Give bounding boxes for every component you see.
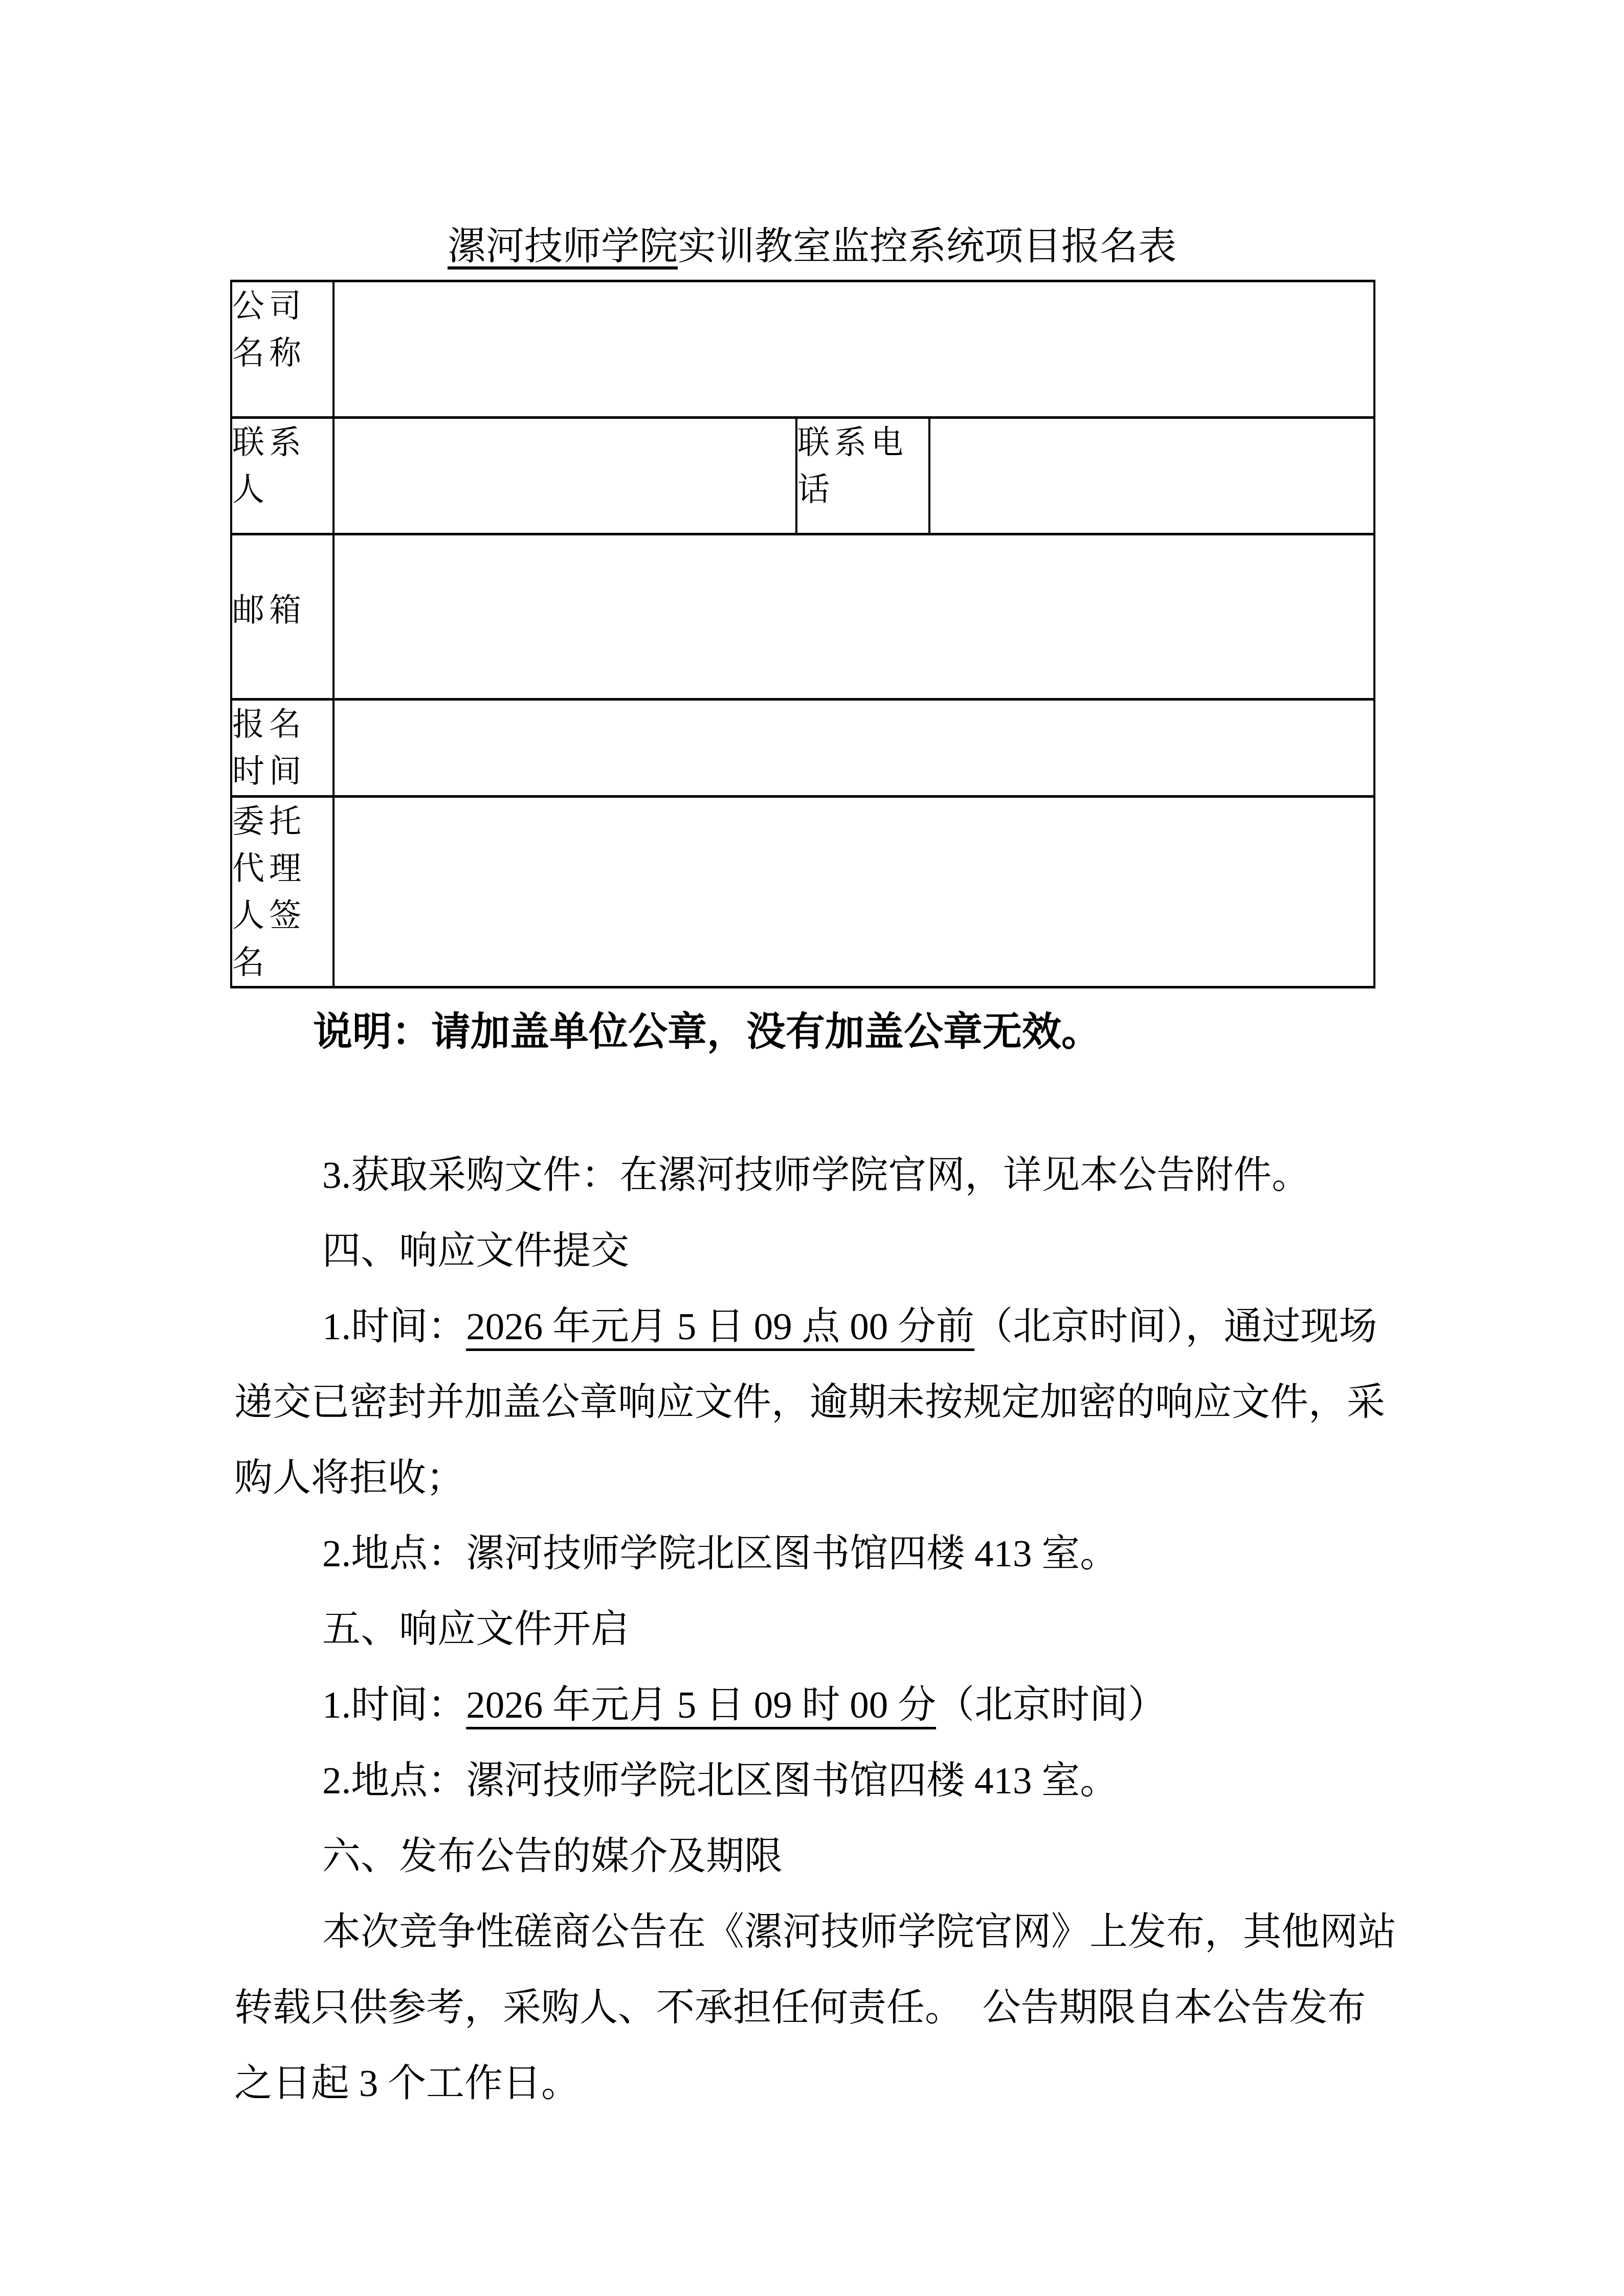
body-line: 四、响应文件提交 [234,1213,1624,1289]
label-line: 代理 [232,845,332,892]
underlined-date-segment: 2026 年元月 5 日 09 时 00 分 [466,1684,936,1726]
table-row-email: 邮箱 [231,534,1374,700]
body-line: 转载只供参考，采购人、不承担任何责任。 公告期限自本公告发布 [234,1970,1624,2046]
body-line: 2.地点：漯河技师学院北区图书馆四楼 413 室。 [234,1516,1624,1592]
label-line: 名 [232,939,332,986]
label-line: 话 [797,466,928,513]
table-row-agent-signature: 委托代理人签名 [231,797,1374,987]
row-label-agent-signature: 委托代理人签名 [231,797,333,987]
table-row-company: 公司名称 [231,281,1374,418]
label-line: 联系电 [797,419,928,466]
body-text-segment: 五、响应文件开启 [322,1608,629,1651]
document-title: 漯河技师学院实训教室监控系统项目报名表 [0,0,1624,274]
body-text-segment: 1.时间： [322,1305,466,1348]
body-text-segment: 转载只供参考，采购人、不承担任何责任。 公告期限自本公告发布 [234,1987,1366,2029]
body-text-segment: 六、发布公告的媒介及期限 [322,1835,783,1878]
row-label-company: 公司名称 [231,281,333,418]
body-text-segment: 之日起 3 个工作日。 [234,2062,580,2105]
title-rest-text: 实训教室监控系统项目报名表 [678,226,1176,268]
row-value-contact [333,418,796,534]
body-text-segment: 2.地点：漯河技师学院北区图书馆四楼 413 室。 [322,1533,1118,1575]
row-label-email: 邮箱 [231,534,333,700]
body-text-segment: 2.地点：漯河技师学院北区图书馆四楼 413 室。 [322,1760,1118,1802]
body-line: 购人将拒收； [234,1440,1624,1516]
label-line: 邮箱 [232,587,332,634]
row-value-phone [929,418,1374,534]
body-text-segment: 购人将拒收； [234,1457,464,1499]
label-line: 联系 [232,419,332,466]
row-value-email [333,534,1374,700]
body-line: 2.地点：漯河技师学院北区图书馆四楼 413 室。 [234,1743,1624,1819]
underlined-date-segment: 2026 年元月 5 日 09 点 00 分前 [466,1305,974,1348]
label-line: 时间 [232,748,332,795]
row-label-phone: 联系电话 [796,418,929,534]
stamp-note: 说明：请加盖单位公章，没有加盖公章无效。 [313,1004,1624,1060]
body-text-segment: 递交已密封并加盖公章响应文件，逾期未按规定加密的响应文件，采 [234,1381,1385,1424]
body-line: 本次竞争性磋商公告在《漯河技师学院官网》上发布，其他网站 [234,1895,1624,1970]
row-label-signup-time: 报名时间 [231,700,333,797]
body-line: 1.时间：2026 年元月 5 日 09 点 00 分前（北京时间），通过现场 [234,1289,1624,1365]
body-text-segment: （北京时间） [936,1684,1166,1726]
row-label-contact: 联系人 [231,418,333,534]
body-line: 之日起 3 个工作日。 [234,2046,1624,2122]
body-line: 六、发布公告的媒介及期限 [234,1819,1624,1895]
body-line: 3.获取采购文件：在漯河技师学院官网，详见本公告附件。 [234,1138,1624,1213]
body-line: 五、响应文件开启 [234,1592,1624,1668]
label-line: 公司 [232,282,332,329]
label-line: 报名 [232,701,332,748]
registration-form-table: 公司名称联系人联系电话邮箱报名时间委托代理人签名 [230,280,1375,988]
document-page: 漯河技师学院实训教室监控系统项目报名表 公司名称联系人联系电话邮箱报名时间委托代… [0,0,1624,2296]
body-text-segment: 3.获取采购文件：在漯河技师学院官网，详见本公告附件。 [322,1154,1310,1197]
body-line: 递交已密封并加盖公章响应文件，逾期未按规定加密的响应文件，采 [234,1365,1624,1440]
body-text-segment: 本次竞争性磋商公告在《漯河技师学院官网》上发布，其他网站 [322,1911,1396,1953]
body-text-segment: 1.时间： [322,1684,466,1726]
announcement-body: 3.获取采购文件：在漯河技师学院官网，详见本公告附件。四、响应文件提交1.时间：… [234,1138,1624,2122]
registration-form-table-body: 公司名称联系人联系电话邮箱报名时间委托代理人签名 [231,281,1374,987]
label-line: 名称 [232,329,332,376]
row-value-company [333,281,1374,418]
title-underlined-text: 漯河技师学院 [448,226,678,268]
row-value-agent-signature [333,797,1374,987]
label-line: 人 [232,466,332,513]
label-line: 人签 [232,892,332,939]
row-value-signup-time [333,700,1374,797]
body-text-segment: 四、响应文件提交 [322,1230,629,1272]
body-line: 1.时间：2026 年元月 5 日 09 时 00 分（北京时间） [234,1668,1624,1743]
table-row-contact: 联系人联系电话 [231,418,1374,534]
label-line: 委托 [232,798,332,845]
body-text-segment: （北京时间），通过现场 [974,1305,1377,1348]
table-row-signup-time: 报名时间 [231,700,1374,797]
